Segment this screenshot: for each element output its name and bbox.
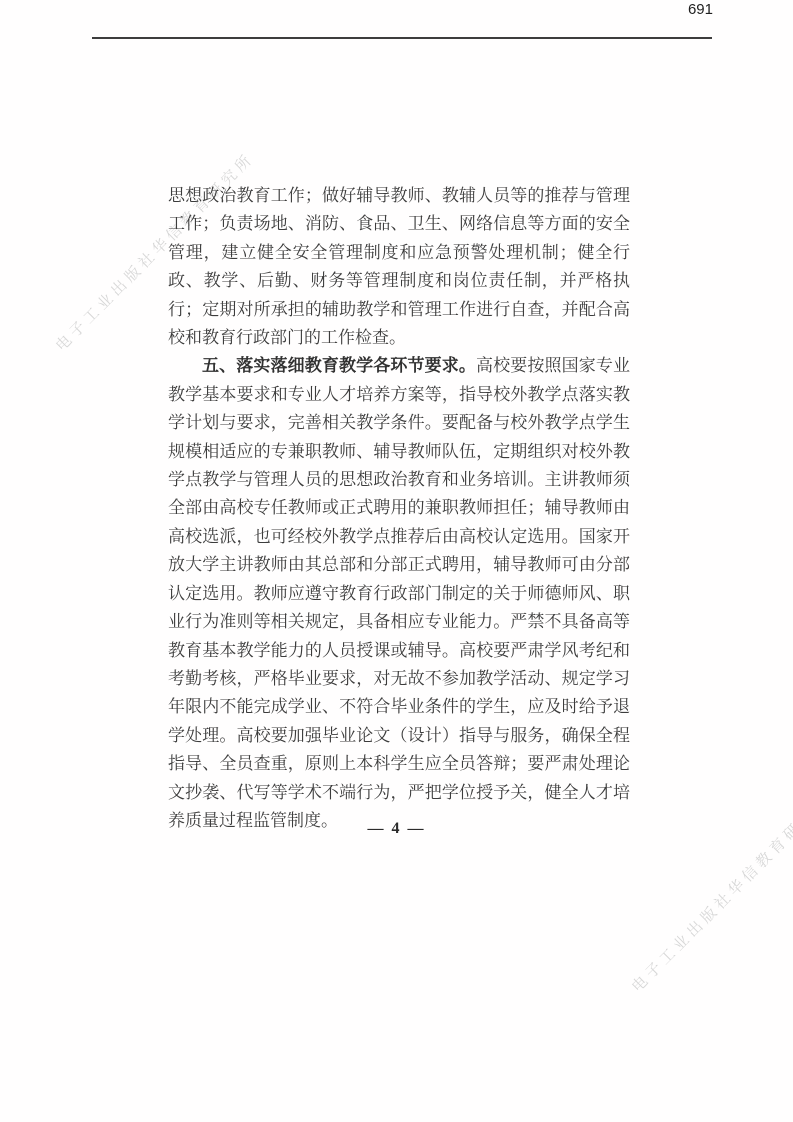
body-text: 思想政治教育工作；做好辅导教师、教辅人员等的推荐与管理工作；负责场地、消防、食品… <box>168 182 630 835</box>
page-number-top: 691 <box>688 1 713 18</box>
page-number-bottom: — 4 — <box>0 820 793 838</box>
paragraph-text: 思想政治教育工作；做好辅导教师、教辅人员等的推荐与管理工作；负责场地、消防、食品… <box>168 186 630 347</box>
header-rule <box>92 37 712 39</box>
document-page: 691 电子工业出版社华信教育研究所 思想政治教育工作；做好辅导教师、教辅人员等… <box>0 0 793 1122</box>
paragraph-section-5: 五、落实落细教育教学各环节要求。高校要按照国家专业教学基本要求和专业人才培养方案… <box>168 352 630 835</box>
paragraph-continuation: 思想政治教育工作；做好辅导教师、教辅人员等的推荐与管理工作；负责场地、消防、食品… <box>168 182 630 352</box>
section-heading: 五、落实落细教育教学各环节要求。 <box>202 356 476 375</box>
paragraph-text: 高校要按照国家专业教学基本要求和专业人才培养方案等，指导校外教学点落实教学计划与… <box>168 356 630 830</box>
